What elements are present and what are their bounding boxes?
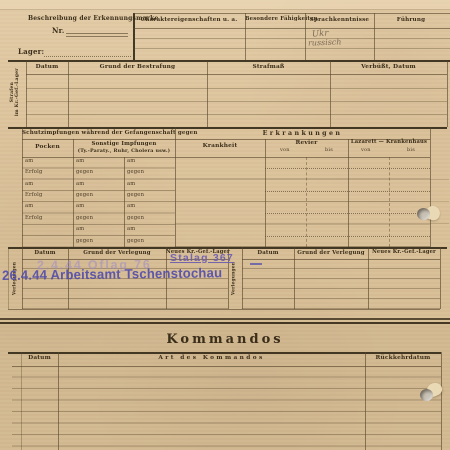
divider bbox=[265, 213, 430, 214]
verlegungen-col-neues: Neues Kr.-Gef.-Lager bbox=[368, 250, 440, 256]
row-label: gegen bbox=[76, 239, 93, 245]
divider bbox=[66, 36, 128, 37]
idmark-nr-label: Nr. bbox=[52, 27, 64, 35]
row-label: am bbox=[76, 159, 84, 165]
verlegungen-col-grund: Grund der Verlegung bbox=[68, 250, 166, 256]
row-label: gegen bbox=[127, 170, 144, 176]
divider bbox=[26, 114, 447, 115]
punch-hole bbox=[417, 206, 445, 224]
divider bbox=[242, 259, 440, 260]
lager-label: Lager: bbox=[18, 48, 44, 56]
impfungen-col-sonstige-sub: (Ty.-Paraty., Ruhr, Cholera usw.) bbox=[73, 149, 175, 154]
punch-hole bbox=[420, 383, 448, 405]
divider bbox=[330, 61, 331, 127]
strafen-col-strafmass: Strafmaß bbox=[207, 64, 330, 70]
handwriting-language-2: russisch bbox=[308, 37, 342, 47]
row-label: am bbox=[76, 182, 84, 188]
divider bbox=[265, 191, 430, 192]
kommandos-col-rueckkehr: Rückkehrdatum bbox=[365, 355, 441, 361]
traits-col-charakter: Charaktereigenschaften u. a. bbox=[135, 17, 243, 23]
divider bbox=[0, 9, 450, 10]
row-label: am bbox=[76, 204, 84, 210]
row-label: gegen bbox=[76, 216, 93, 222]
card-top-edge bbox=[0, 0, 450, 9]
divider bbox=[440, 247, 441, 309]
row-label: am bbox=[127, 204, 135, 210]
hole-circle bbox=[420, 389, 433, 401]
col-sub-label: von bbox=[361, 148, 371, 154]
row-label: am bbox=[25, 182, 33, 188]
divider bbox=[430, 201, 449, 202]
erkrankungen-row-lines bbox=[175, 157, 430, 247]
row-label: am bbox=[25, 159, 33, 165]
stamp-stalag: Stalag 367 bbox=[170, 253, 234, 264]
erkrankungen-title: Erkrankungen bbox=[175, 130, 430, 137]
divider bbox=[124, 157, 125, 247]
traits-col-faehigkeiten: Besondere Fähigkeiten bbox=[245, 17, 305, 23]
strafen-col-datum: Datum bbox=[26, 64, 68, 70]
divider bbox=[133, 38, 450, 39]
divider bbox=[44, 56, 131, 57]
strafen-side-label: Strafen im Kr.-Gef.-Lager bbox=[10, 63, 20, 121]
divider bbox=[133, 48, 450, 49]
divider bbox=[365, 352, 366, 450]
divider bbox=[26, 101, 447, 102]
divider bbox=[368, 247, 369, 309]
divider bbox=[265, 168, 430, 169]
divider bbox=[430, 127, 431, 247]
divider bbox=[242, 247, 243, 309]
divider bbox=[26, 61, 27, 127]
row-label: am bbox=[127, 182, 135, 188]
impfungen-col-pocken: Pocken bbox=[22, 144, 73, 150]
row-label: gegen bbox=[127, 239, 144, 245]
strafen-col-grund: Grund der Bestrafung bbox=[68, 64, 207, 70]
divider bbox=[447, 61, 448, 127]
row-label: am bbox=[127, 159, 135, 165]
impfungen-row-lines bbox=[22, 157, 175, 247]
kommandos-col-datum: Datum bbox=[21, 355, 58, 361]
divider bbox=[265, 139, 266, 247]
impfungen-col-sonstige: Sonstige Impfungen bbox=[73, 141, 175, 147]
row-label: Erfolg bbox=[25, 216, 43, 222]
divider bbox=[265, 236, 430, 237]
divider bbox=[21, 352, 22, 450]
divider bbox=[8, 60, 450, 62]
col-sub-label: bis bbox=[325, 148, 333, 154]
col-sub-label: bis bbox=[407, 148, 415, 154]
divider bbox=[207, 61, 208, 127]
erkrankungen-col-revier: Revier bbox=[265, 140, 348, 146]
divider bbox=[133, 13, 450, 14]
verlegungen-col-datum: Datum bbox=[22, 250, 68, 256]
row-label: am bbox=[76, 227, 84, 233]
divider bbox=[133, 28, 450, 29]
row-label: Erfolg bbox=[25, 193, 43, 199]
verlegungen-col-grund: Grund der Verlegung bbox=[294, 250, 368, 256]
traits-col-fuehrung: Führung bbox=[374, 17, 448, 23]
row-label: am bbox=[25, 204, 33, 210]
erkrankungen-col-krankheit: Krankheit bbox=[175, 143, 265, 149]
divider bbox=[68, 61, 69, 127]
kommandos-title: Kommandos bbox=[125, 333, 325, 348]
traits-col-sprachen: Sprachkenntnisse bbox=[305, 17, 374, 23]
divider bbox=[58, 352, 59, 450]
row-label: gegen bbox=[127, 193, 144, 199]
divider bbox=[22, 139, 175, 140]
verlegungen-col-datum: Datum bbox=[242, 250, 294, 256]
divider bbox=[8, 309, 440, 310]
kommandos-col-art: Art des Kommandos bbox=[58, 355, 365, 361]
divider bbox=[306, 157, 307, 247]
row-label: gegen bbox=[76, 193, 93, 199]
col-sub-label: von bbox=[280, 148, 290, 154]
stamp-mark bbox=[250, 263, 262, 265]
divider bbox=[389, 157, 390, 247]
verlegungen-row-lines bbox=[242, 259, 440, 309]
strafen-col-verbuesst: Verbüßt, Datum bbox=[330, 64, 447, 70]
erkrankungen-col-lazarett: Lazarett — Krankenhaus bbox=[348, 140, 430, 146]
divider bbox=[66, 33, 128, 34]
row-label: am bbox=[127, 227, 135, 233]
divider bbox=[26, 88, 447, 89]
card-fold-line bbox=[0, 318, 450, 320]
idmark-title: Beschreibung der Erkennungsmarke bbox=[28, 16, 124, 23]
row-label: gegen bbox=[127, 216, 144, 222]
divider bbox=[348, 139, 349, 247]
row-label: Erfolg bbox=[25, 170, 43, 176]
divider bbox=[8, 352, 441, 354]
row-label: gegen bbox=[76, 170, 93, 176]
impfungen-title: Schutzimpfungen während der Gefangenscha… bbox=[22, 130, 175, 136]
pow-record-card: Beschreibung der Erkennungsmarke Nr. Lag… bbox=[0, 0, 450, 450]
divider bbox=[12, 366, 441, 367]
hole-circle bbox=[417, 208, 430, 220]
divider bbox=[430, 179, 449, 180]
stamp-arbeitsamt: 26.4.44 Arbeitsamt Tschenstochau bbox=[2, 266, 222, 282]
divider bbox=[294, 247, 295, 309]
divider bbox=[73, 139, 74, 247]
divider bbox=[26, 74, 447, 75]
